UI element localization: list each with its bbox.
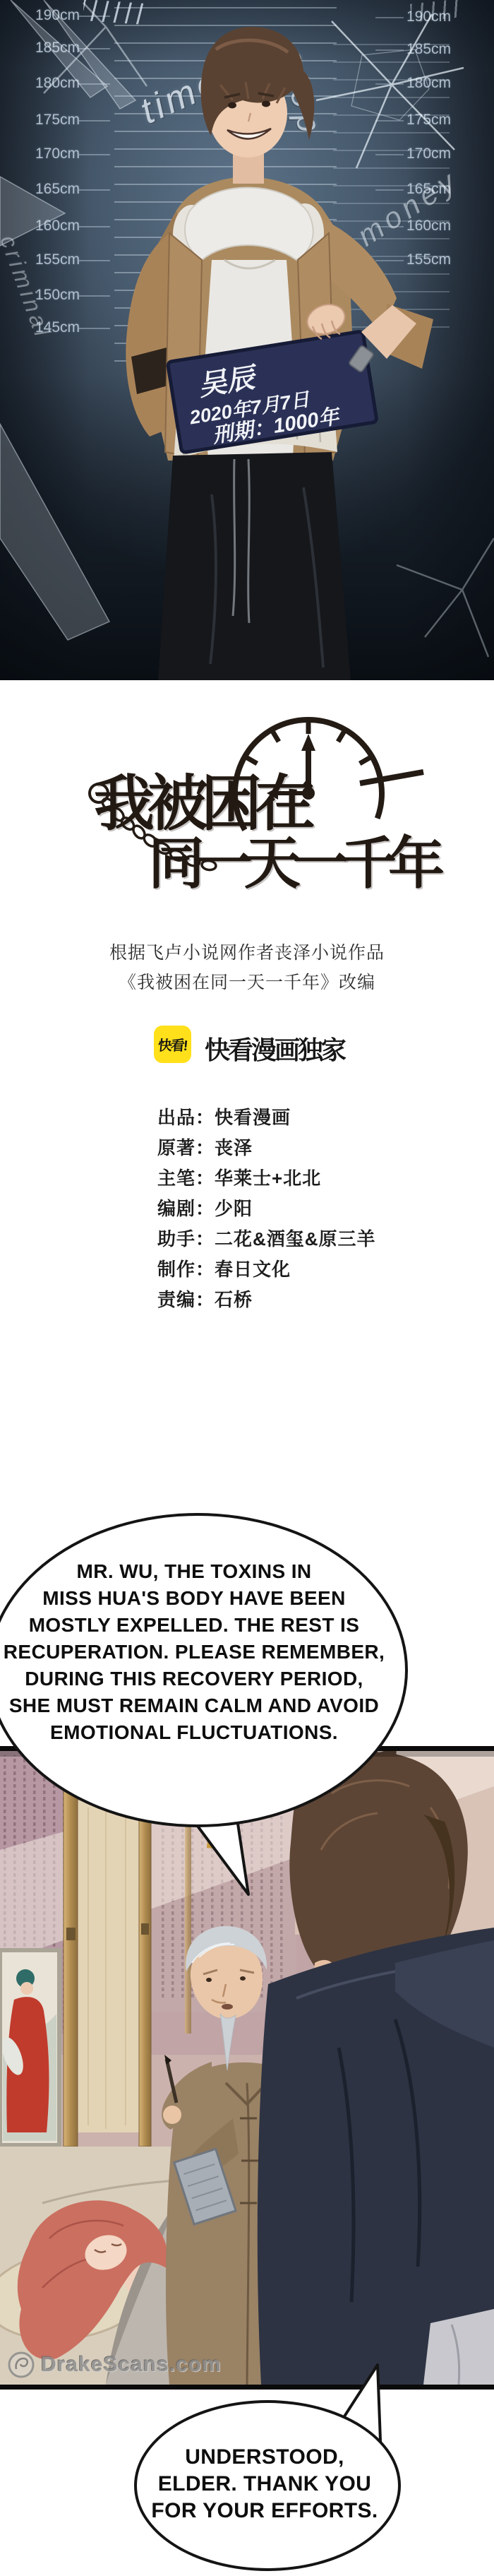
mugshot-scene: 190cm 185cm 180cm 175cm 170cm 165cm 160c… xyxy=(0,0,494,680)
adaptation-note-line1: 根据飞卢小说网作者丧泽小说作品 xyxy=(0,939,494,964)
speech-line: MR. WU, THE TOXINS IN xyxy=(0,1558,395,1585)
speech-line: EMOTIONAL FLUCTUATIONS. xyxy=(0,1719,395,1746)
exclusive-label: 快看漫画独家 xyxy=(205,1031,344,1067)
speech-line: UNDERSTOOD, xyxy=(123,2444,406,2471)
kuaikan-badge-label: 快看! xyxy=(157,1034,188,1055)
credit-line-editor: 责编：石桥 xyxy=(157,1286,482,1316)
reply-speech-text: UNDERSTOOD, ELDER. THANK YOU FOR YOUR EF… xyxy=(123,2444,406,2524)
credit-line-assistants: 助手：二花&酒玺&原三羊 xyxy=(157,1225,482,1255)
speech-line: SHE MUST REMAIN CALM AND AVOID xyxy=(0,1692,395,1719)
speech-line: DURING THIS RECOVERY PERIOD, xyxy=(0,1666,395,1692)
speech-line: MOSTLY EXPELLED. THE REST IS xyxy=(0,1612,395,1639)
speech-line: RECUPERATION. PLEASE REMEMBER, xyxy=(0,1639,395,1666)
glass-shards xyxy=(0,0,135,640)
speech-line: MISS HUA'S BODY HAVE BEEN xyxy=(0,1585,395,1612)
kuaikan-badge: 快看! xyxy=(154,1026,191,1063)
credit-line-writer: 编剧：少阳 xyxy=(157,1194,482,1225)
mugshot-illustration: 吴辰 2020年7月7日 刑期：1000年 xyxy=(0,0,494,680)
wall-painting xyxy=(0,1950,59,2145)
watermark-text: DrakeScans.com xyxy=(41,2353,222,2377)
credit-line-artist: 主笔：华莱士+北北 xyxy=(157,1164,482,1194)
speech-line: FOR YOUR EFFORTS. xyxy=(123,2498,406,2524)
series-title-row2: 同一天一千年 xyxy=(148,818,436,899)
credit-line-production: 制作：春日文化 xyxy=(157,1255,482,1286)
comic-page: 190cm 185cm 180cm 175cm 170cm 165cm 160c… xyxy=(0,0,494,2576)
speech-line: ELDER. THANK YOU xyxy=(123,2471,406,2498)
doctor-speech-text: MR. WU, THE TOXINS IN MISS HUA'S BODY HA… xyxy=(0,1558,395,1746)
foreground-man xyxy=(258,1751,494,2385)
credit-line-author: 原著：丧泽 xyxy=(157,1134,482,1164)
watermark-dragon-icon xyxy=(7,2351,35,2379)
credit-line-producer: 出品：快看漫画 xyxy=(157,1103,482,1134)
adaptation-note-line2: 《我被困在同一天一千年》改编 xyxy=(0,968,494,994)
watermark: DrakeScans.com xyxy=(7,2351,222,2379)
